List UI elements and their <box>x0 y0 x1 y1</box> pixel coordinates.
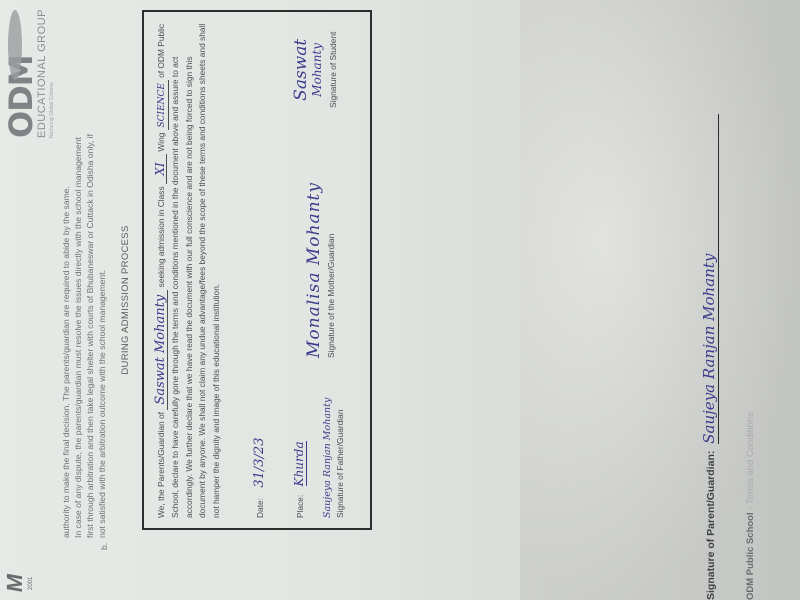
mother-signature[interactable]: Monalisa Mohanty <box>304 182 324 358</box>
class-field[interactable]: XI <box>154 154 167 184</box>
student-signature-line2: Mohanty <box>310 32 324 108</box>
logo-subtitle: EDUCATIONAL GROUP <box>36 9 48 138</box>
section-title: DURING ADMISSION PROCESS <box>120 0 131 600</box>
admission-form-sheet: M 2001 ODM EDUCATIONAL GROUP Nurturing G… <box>0 0 800 600</box>
date-label: Date: <box>255 498 265 518</box>
footer-doc-name: - Terms and Conditions <box>745 412 756 512</box>
clause-line: not satisfied with the arbitration outco… <box>96 98 108 538</box>
declaration-text-part: Wing <box>156 133 166 152</box>
place-label: Place: <box>295 495 305 518</box>
father-signature-block: Saujeya Ranjan Mohanty Signature of Fath… <box>322 398 345 518</box>
student-name-field[interactable]: Saswat Mohanty <box>155 290 168 410</box>
footer-school-name: ODM Public School <box>745 512 756 600</box>
parent-signature: Saujeya Ranjan Mohanty <box>700 254 718 444</box>
student-signature[interactable]: Saswat <box>294 32 308 108</box>
clause-line: first through arbitration and then take … <box>84 98 96 538</box>
clause-b: b. authority to make the final decision.… <box>60 98 108 538</box>
mother-signature-label: Signature of the Mother/Guardian <box>326 234 336 358</box>
parent-signature-row: Signature of Parent/Guardian: Saujeya Ra… <box>700 114 719 600</box>
student-signature-block: Saswat Mohanty Signature of Student <box>294 32 338 108</box>
clause-line: In case of any dispute, the parents/guar… <box>72 98 84 538</box>
declaration-text-part: We, the Parents/Guardian of <box>156 412 166 518</box>
logo-brand: ODM <box>2 55 40 138</box>
place-field[interactable]: Khurda <box>292 441 307 486</box>
page-footer: ODM Public School - Terms and Conditions <box>745 412 756 600</box>
mother-signature-block: Monalisa Mohanty Signature of the Mother… <box>304 182 336 358</box>
place-row: Place: Khurda <box>292 441 306 518</box>
clause-line: authority to make the final decision. Th… <box>60 98 72 538</box>
declaration-text-part: seeking admission in Class <box>156 186 166 287</box>
father-signature[interactable]: Saujeya Ranjan Mohanty <box>322 398 333 518</box>
declaration-box: We, the Parents/Guardian of Saswat Mohan… <box>142 10 372 530</box>
logo-tagline: Nurturing Global Citizens <box>49 82 55 138</box>
date-row: Date: 31/3/23 <box>252 438 267 518</box>
student-signature-label: Signature of Student <box>328 32 338 108</box>
logo-swoosh-icon <box>8 10 22 80</box>
parent-signature-line[interactable]: Saujeya Ranjan Mohanty <box>700 114 719 444</box>
declaration-text: We, the Parents/Guardian of Saswat Mohan… <box>154 18 223 518</box>
odm-group-logo: ODM EDUCATIONAL GROUP Nurturing Global C… <box>2 8 48 138</box>
school-mark-glyph: M <box>2 571 28 594</box>
date-field[interactable]: 31/3/23 <box>252 438 267 488</box>
clause-marker: b. <box>98 543 110 550</box>
school-mark-year: 2001 <box>28 577 34 590</box>
father-signature-label: Signature of Father/Guardian <box>335 410 345 518</box>
parent-signature-label: Signature of Parent/Guardian: <box>705 451 717 600</box>
wing-field[interactable]: SCIENCE <box>156 80 169 130</box>
school-mark-logo: M 2001 <box>2 568 32 592</box>
